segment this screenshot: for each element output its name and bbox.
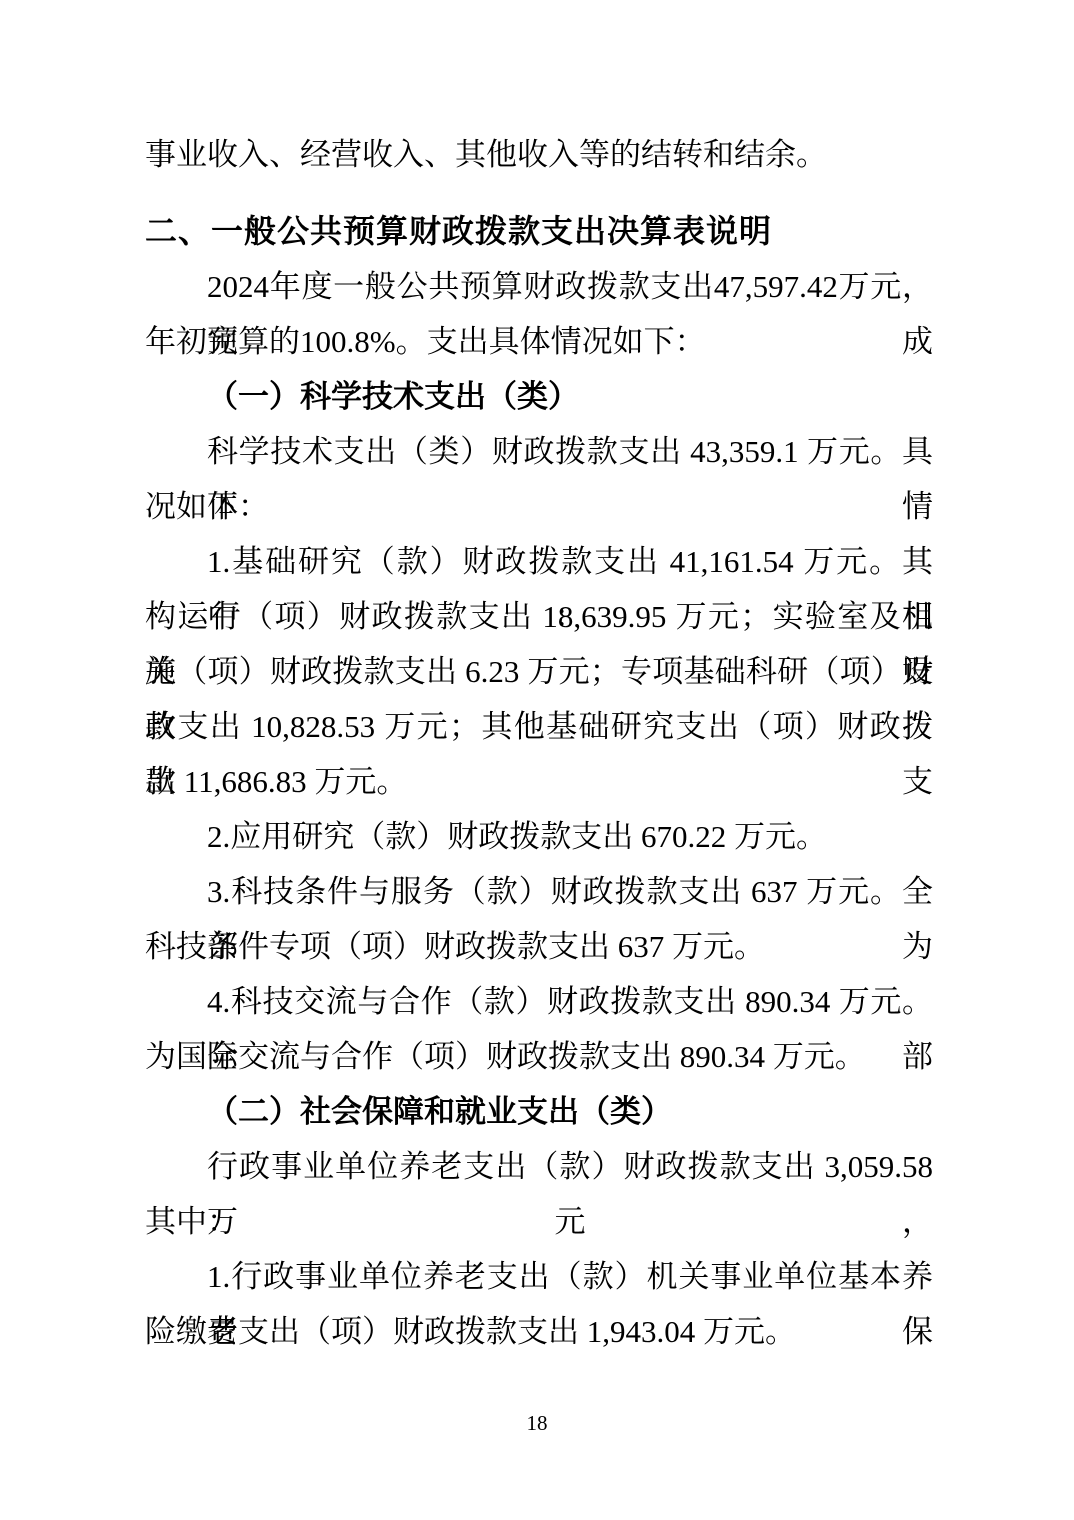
text-line: 为国际交流与合作（项）财政拨款支出 890.34 万元。 — [145, 1029, 933, 1084]
subsection-heading: （一）科学技术支出（类） — [145, 369, 933, 424]
text-line: 2024年度一般公共预算财政拨款支出47,597.42万元，完成 — [145, 259, 933, 314]
section-heading: 二、一般公共预算财政拨款支出决算表说明 — [145, 204, 933, 259]
text-line: 款支出 10,828.53 万元；其他基础研究支出（项）财政拨款支 — [145, 699, 933, 754]
text-line: 1.行政事业单位养老支出（款）机关事业单位基本养老保 — [145, 1249, 933, 1304]
document-body: 事业收入、经营收入、其他收入等的结转和结余。二、一般公共预算财政拨款支出决算表说… — [145, 127, 933, 1359]
subsection-heading: （二）社会保障和就业支出（类） — [145, 1084, 933, 1139]
page-number: 18 — [0, 1408, 1074, 1438]
text-line: 1.基础研究（款）财政拨款支出 41,161.54 万元。其中：机 — [145, 534, 933, 589]
text-line: 行政事业单位养老支出（款）财政拨款支出 3,059.58 万元， — [145, 1139, 933, 1194]
text-line: 3.科技条件与服务（款）财政拨款支出 637 万元。全部为 — [145, 864, 933, 919]
text-line: 4.科技交流与合作（款）财政拨款支出 890.34 万元。全部 — [145, 974, 933, 1029]
text-line: 施（项）财政拨款支出 6.23 万元；专项基础科研（项）财政拨 — [145, 644, 933, 699]
text-line: 构运行（项）财政拨款支出 18,639.95 万元；实验室及相关设 — [145, 589, 933, 644]
document-page: 事业收入、经营收入、其他收入等的结转和结余。二、一般公共预算财政拨款支出决算表说… — [0, 0, 1074, 1520]
text-line: 2.应用研究（款）财政拨款支出 670.22 万元。 — [145, 809, 933, 864]
text-line: 科学技术支出（类）财政拨款支出 43,359.1 万元。具体情 — [145, 424, 933, 479]
text-line: 事业收入、经营收入、其他收入等的结转和结余。 — [145, 127, 933, 182]
